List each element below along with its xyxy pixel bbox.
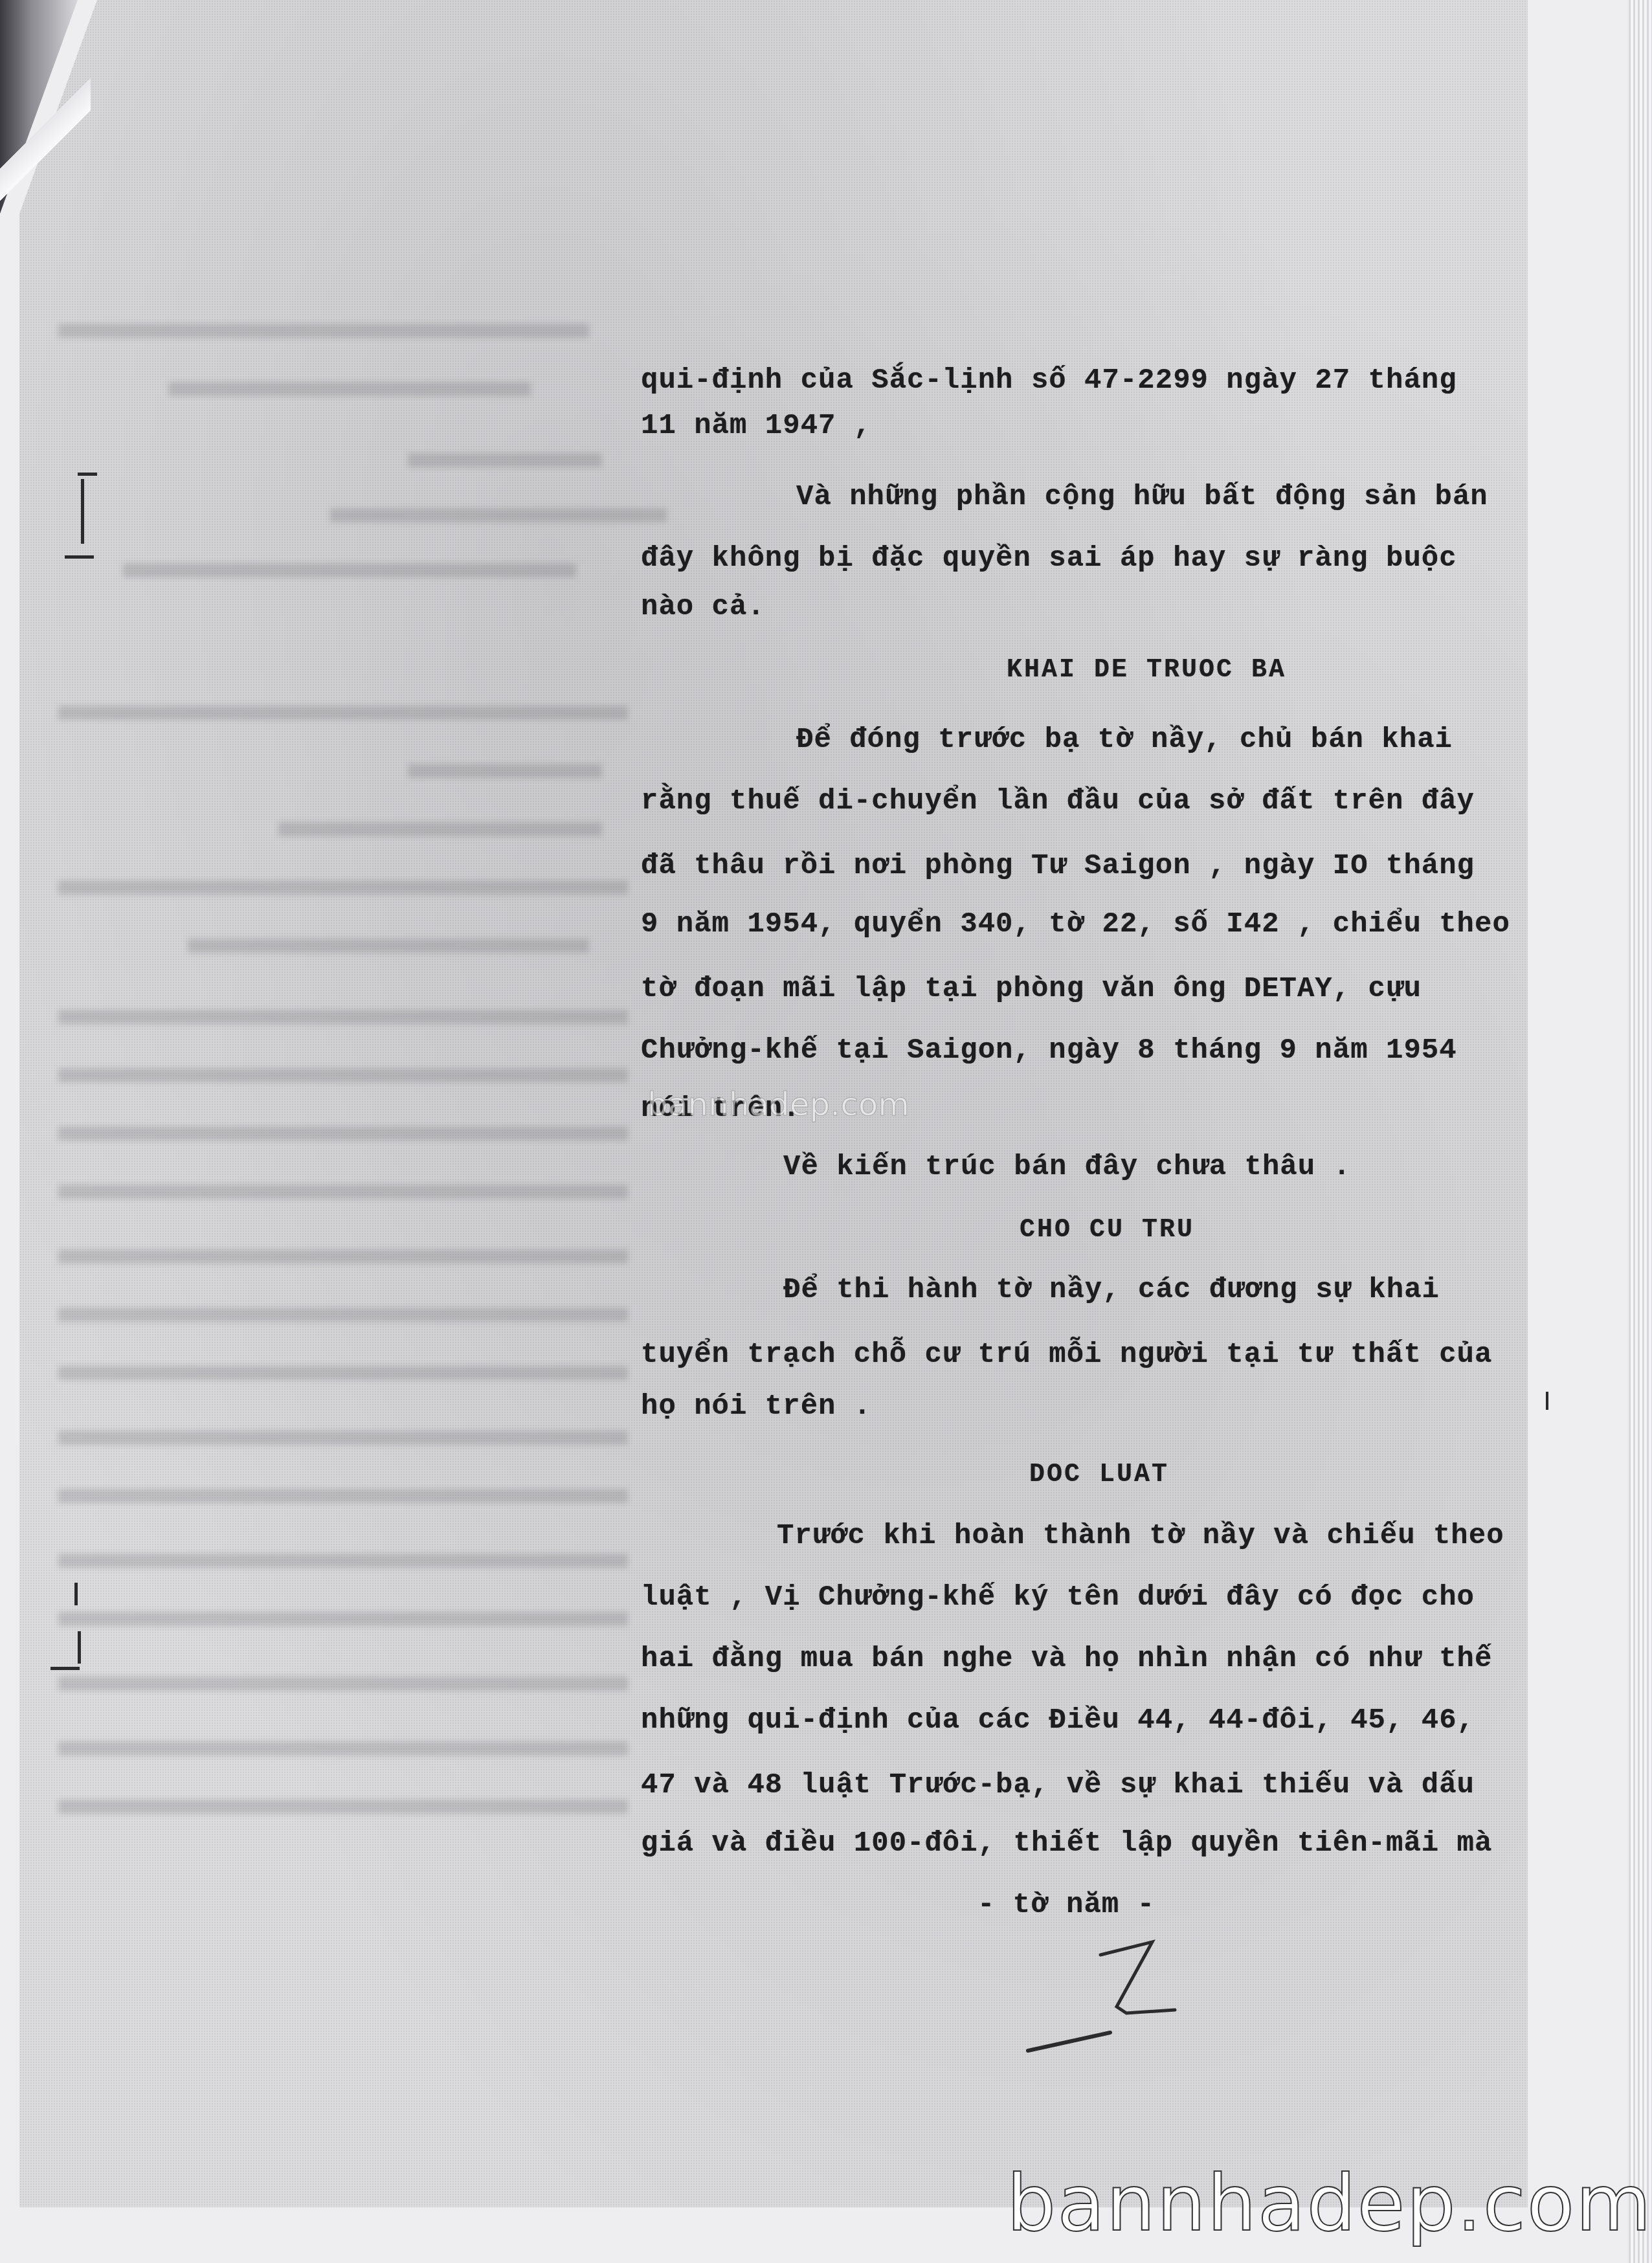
bleed-through-text bbox=[123, 563, 576, 577]
bleed-through-text bbox=[58, 1185, 628, 1199]
bleed-through-text bbox=[58, 1554, 628, 1568]
bleed-through-text bbox=[408, 764, 602, 778]
text-line: qui-định của Sắc-lịnh số 47-2299 ngày 27… bbox=[641, 364, 1457, 397]
watermark-faint: bannhadep.com bbox=[647, 1086, 910, 1122]
folded-corner bbox=[0, 0, 91, 233]
page-edge-stack bbox=[1629, 0, 1652, 2263]
margin-mark bbox=[1546, 1392, 1548, 1410]
margin-mark bbox=[78, 1631, 81, 1664]
text-line: luật , Vị Chưởng-khế ký tên dưới đây có … bbox=[641, 1581, 1475, 1614]
bleed-through-text bbox=[168, 382, 531, 396]
bleed-through-text bbox=[58, 1431, 628, 1445]
text-line: 47 và 48 luật Trước-bạ, về sự khai thiếu… bbox=[641, 1768, 1475, 1802]
bleed-through-text bbox=[408, 453, 602, 467]
text-line: đây không bị đặc quyền sai áp hay sự ràn… bbox=[641, 542, 1457, 575]
text-line: Chưởng-khế tại Saigon, ngày 8 tháng 9 nă… bbox=[641, 1034, 1457, 1067]
bleed-through-text bbox=[58, 324, 589, 338]
text-line: tờ đoạn mãi lập tại phòng văn ông DETAY,… bbox=[641, 972, 1422, 1006]
text-line: Để đóng trước bạ tờ nầy, chủ bán khai bbox=[796, 723, 1453, 757]
bleed-through-text bbox=[58, 1308, 628, 1322]
text-line: nào cả. bbox=[641, 590, 765, 624]
text-line: tuyển trạch chỗ cư trú mỗi người tại tư … bbox=[641, 1338, 1492, 1372]
bleed-through-text bbox=[58, 1489, 628, 1503]
margin-mark bbox=[78, 473, 97, 476]
text-line: những qui-định của các Điều 44, 44-đôi, … bbox=[641, 1704, 1475, 1737]
text-line: Về kiến trúc bán đây chưa thâu . bbox=[783, 1150, 1351, 1184]
text-line: họ nói trên . bbox=[641, 1390, 871, 1423]
bleed-through-text bbox=[278, 822, 602, 836]
bleed-through-text bbox=[188, 939, 589, 953]
watermark: bannhadep.com bbox=[1007, 2162, 1652, 2246]
text-line: Để thi hành tờ nầy, các đương sự khai bbox=[783, 1273, 1440, 1307]
bleed-through-text bbox=[58, 1366, 628, 1380]
section-heading-cho-cu-tru: CHO CU TRU bbox=[1020, 1214, 1194, 1247]
margin-mark bbox=[81, 479, 84, 544]
text-line: giá và điều 100-đôi, thiết lập quyền tiê… bbox=[641, 1827, 1492, 1860]
text-line: Trước khi hoàn thành tờ nầy và chiếu the… bbox=[777, 1519, 1504, 1553]
bleed-through-text bbox=[58, 880, 628, 895]
bleed-through-text bbox=[58, 1249, 628, 1264]
text-line: Và những phần cộng hữu bất động sản bán bbox=[796, 480, 1488, 514]
margin-mark bbox=[50, 1667, 80, 1670]
signature bbox=[1003, 1910, 1262, 2071]
section-heading-doc-luat: DOC LUAT bbox=[1029, 1458, 1169, 1492]
bleed-through-text bbox=[58, 1126, 628, 1141]
bleed-through-text bbox=[330, 508, 667, 522]
text-line: 9 năm 1954, quyển 340, tờ 22, số I42 , c… bbox=[641, 908, 1510, 941]
text-line: rằng thuế di-chuyển lần đầu của sở đất t… bbox=[641, 785, 1475, 818]
section-heading-khai-de-truoc-ba: KHAI DE TRUOC BA bbox=[1007, 654, 1286, 687]
text-line: đã thâu rồi nơi phòng Tư Saigon , ngày I… bbox=[641, 849, 1475, 883]
bleed-through-text bbox=[58, 1677, 628, 1691]
bleed-through-text bbox=[58, 1010, 628, 1024]
bleed-through-text bbox=[58, 1068, 628, 1082]
bleed-through-text bbox=[58, 1741, 628, 1756]
text-line: hai đằng mua bán nghe và họ nhìn nhận có… bbox=[641, 1642, 1492, 1676]
text-line: 11 năm 1947 , bbox=[641, 409, 871, 443]
margin-mark bbox=[65, 555, 94, 559]
bleed-through-text bbox=[58, 1800, 628, 1814]
bleed-through-text bbox=[58, 706, 628, 720]
margin-mark bbox=[74, 1583, 78, 1605]
bleed-through-text bbox=[58, 1612, 628, 1626]
